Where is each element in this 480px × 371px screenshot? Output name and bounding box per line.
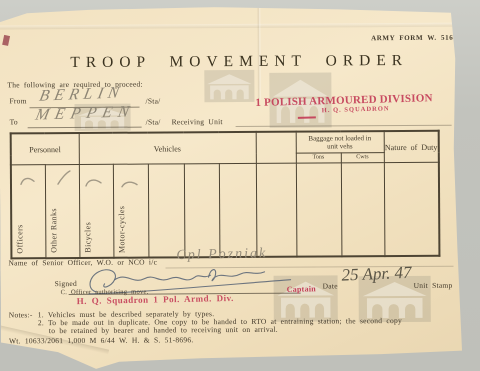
to-label: To xyxy=(10,117,18,126)
to-value-handwriting: MEPPEN xyxy=(34,103,137,124)
archive-watermark-icon xyxy=(204,70,254,102)
pencil-nil-mark-icon xyxy=(84,177,102,191)
form-number: ARMY FORM W. 5164 xyxy=(371,34,457,43)
baggage-header: Baggage not loaded in unit vehs xyxy=(296,131,384,153)
other-ranks-label: Other Ranks xyxy=(49,208,58,253)
nature-of-duty-header: Nature of Duty xyxy=(384,131,439,163)
horizontal-crease xyxy=(0,23,479,30)
nature-of-duty-cell xyxy=(384,162,440,256)
date-label: Date xyxy=(323,281,338,290)
senior-officer-value-handwriting: Cpl Pozniak xyxy=(176,246,267,264)
vehicle-blank-cell xyxy=(219,163,257,257)
baggage-header-line1: Baggage not loaded in xyxy=(296,134,383,143)
cwts-header: Cwts xyxy=(341,153,384,163)
page-title: TROOP MOVEMENT ORDER xyxy=(0,52,479,73)
motor-cycles-cell: Motor-cycles xyxy=(113,164,149,258)
red-archive-mark xyxy=(2,35,10,46)
tons-header: Tons xyxy=(296,153,341,163)
receiving-unit-label: Receiving Unit xyxy=(172,117,223,126)
note-2-line2: to be retained by bearer and handed to r… xyxy=(49,325,278,335)
movement-table: Personnel Vehicles Baggage not loaded in… xyxy=(10,130,441,260)
vehicle-blank-cell xyxy=(256,163,297,257)
motor-cycles-label: Motor-cycles xyxy=(117,205,126,252)
other-ranks-cell: Other Ranks xyxy=(45,164,80,258)
division-stamp: 1 POLISH ARMOURED DIVISION H. Q. SQUADRO… xyxy=(255,92,455,116)
captain-rank-stamp: Captain xyxy=(287,284,317,294)
officers-cell: Officers xyxy=(11,165,46,259)
scanned-document-page: { "header": { "form_number": "ARMY FORM … xyxy=(0,0,480,371)
to-sta-label: /Sta/ xyxy=(146,117,161,126)
from-value-handwriting: BERLIN xyxy=(38,84,126,106)
vehicle-blank-cell xyxy=(184,164,220,258)
from-sta-label: /Sta/ xyxy=(145,96,160,105)
vehicles-header: Vehicles xyxy=(79,132,256,165)
tons-cell xyxy=(296,163,342,257)
print-imprint: Wt. 10633/2061 1,000 M 6/44 W. H. & S. 5… xyxy=(9,335,194,345)
cwts-cell xyxy=(341,163,385,257)
pencil-nil-mark-icon xyxy=(20,175,36,189)
baggage-header-line2: unit vehs xyxy=(296,142,383,151)
notes-label: Notes:- xyxy=(9,310,33,319)
date-value-handwriting: 25 Apr. 47 xyxy=(341,263,412,286)
bicycles-cell: Bicycles xyxy=(79,164,114,258)
blank-vehicle-column-header xyxy=(256,132,296,164)
receiving-unit-underline xyxy=(236,125,452,127)
signed-label: Signed xyxy=(55,279,77,288)
officers-label: Officers xyxy=(15,224,24,253)
army-form-paper: ARMY FORM W. 5164 TROOP MOVEMENT ORDER T… xyxy=(0,0,480,371)
unit-stamp-label: Unit Stamp xyxy=(414,281,453,290)
bicycles-label: Bicycles xyxy=(83,222,92,253)
personnel-header: Personnel xyxy=(11,133,79,165)
pencil-nil-mark-icon xyxy=(120,179,138,193)
squadron-unit-stamp: H. Q. Squadron 1 Pol. Armd. Div. xyxy=(77,293,234,306)
pencil-entry-mark-icon xyxy=(55,170,71,186)
vehicle-blank-cell xyxy=(148,164,185,258)
from-label: From xyxy=(9,96,26,105)
